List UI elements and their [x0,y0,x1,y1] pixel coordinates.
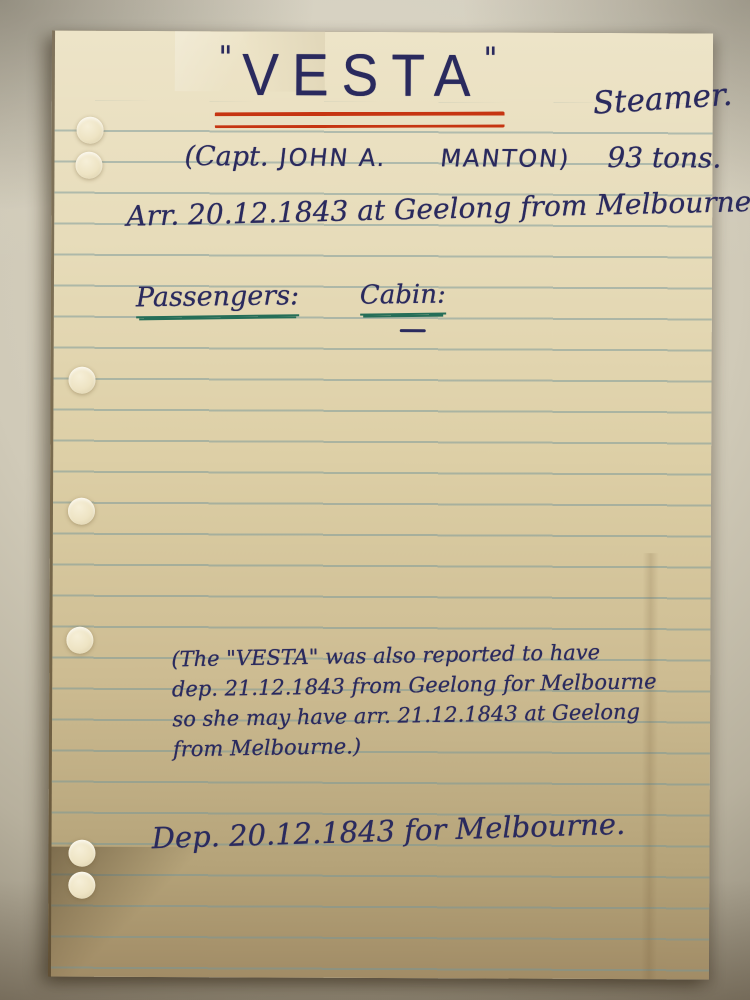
notebook-page: " VESTA " Steamer. (Capt. JOHN A. MANTON… [48,31,713,980]
punch-hole [68,498,95,525]
punch-hole [68,840,95,867]
captain-first-name: JOHN A. [278,144,388,172]
cabin-label: Cabin: [360,280,446,311]
title-red-underline [215,112,505,129]
title-open-quote: " [218,41,232,73]
note-block: (The "VESTA" was also reported to have d… [171,636,673,764]
cabin-underline-dash [400,329,426,332]
passengers-label-text: Passengers: [136,280,300,318]
punch-hole [68,367,95,394]
captain-line: (Capt. JOHN A. MANTON) 93 tons. [184,139,724,174]
cabin-label-text: Cabin: [360,280,446,316]
captain-prefix: (Capt. [184,141,268,172]
punch-hole [68,872,95,899]
captain-surname: MANTON) [439,144,572,173]
page-title: " VESTA " [203,41,513,108]
passengers-label: Passengers: [136,280,300,313]
title-close-quote: " [484,42,498,74]
paper-crease [641,553,659,979]
corner-shadow [51,847,202,978]
punch-hole [77,117,104,144]
punch-hole [66,627,93,654]
punch-hole [75,152,102,179]
tonnage: 93 tons. [607,141,721,174]
title-text: VESTA [232,39,484,111]
